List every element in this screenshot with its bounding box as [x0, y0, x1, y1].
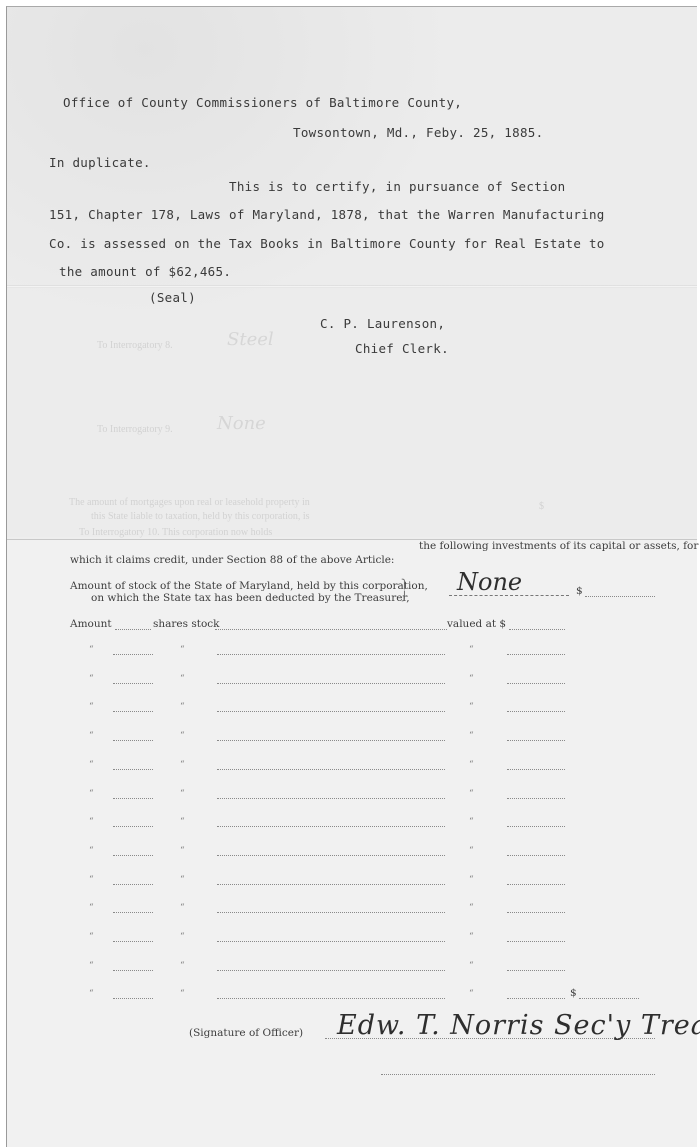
- state-stock-line-2: on which the State tax has been deducted…: [91, 592, 410, 604]
- ditto-mark-shares: “: [180, 731, 185, 741]
- ditto-mark-valued: “: [469, 875, 474, 885]
- ditto-mark-valued: “: [469, 932, 474, 942]
- row-stock-line[interactable]: [217, 711, 445, 712]
- ditto-mark-amount: “: [89, 875, 94, 885]
- ditto-mark-shares: “: [180, 846, 185, 856]
- place-and-date: Towsontown, Md., Feby. 25, 1885.: [293, 125, 543, 140]
- row-stock-line[interactable]: [217, 740, 445, 741]
- row-value-line[interactable]: [507, 855, 565, 856]
- certify-line-2: 151, Chapter 178, Laws of Maryland, 1878…: [49, 207, 605, 222]
- paper-fold-line: [7, 285, 697, 288]
- row-stock-line[interactable]: [217, 826, 445, 827]
- row-stock-line[interactable]: [217, 683, 445, 684]
- row-value-line[interactable]: [507, 884, 565, 885]
- row-amount-line[interactable]: [113, 798, 153, 799]
- row-amount-line[interactable]: [113, 683, 153, 684]
- row-total-dollar: $: [570, 987, 577, 999]
- ghost-interrogatory-8-label: To Interrogatory 8.: [97, 340, 173, 351]
- valued-at-label: valued at $: [447, 618, 506, 630]
- certify-line-3: Co. is assessed on the Tax Books in Balt…: [49, 236, 605, 251]
- valued-at-line[interactable]: [509, 629, 565, 630]
- ditto-mark-valued: “: [469, 903, 474, 913]
- row-stock-line[interactable]: [217, 884, 445, 885]
- row-stock-line[interactable]: [217, 855, 445, 856]
- ditto-mark-shares: “: [180, 903, 185, 913]
- ditto-mark-amount: “: [89, 846, 94, 856]
- ditto-mark-valued: “: [469, 961, 474, 971]
- signature-label: (Signature of Officer): [189, 1027, 303, 1039]
- row-value-line[interactable]: [507, 998, 565, 999]
- row-amount-line[interactable]: [113, 654, 153, 655]
- duplicate-note: In duplicate.: [49, 155, 151, 170]
- ditto-mark-shares: “: [180, 789, 185, 799]
- row-value-line[interactable]: [507, 740, 565, 741]
- ditto-mark-amount: “: [89, 989, 94, 999]
- second-signature-line[interactable]: [381, 1074, 655, 1075]
- ditto-mark-valued: “: [469, 989, 474, 999]
- row-total-line[interactable]: [579, 998, 639, 999]
- amount-label: Amount: [70, 618, 112, 630]
- row-stock-line[interactable]: [217, 912, 445, 913]
- ditto-mark-amount: “: [89, 760, 94, 770]
- interrogatory-10-line-2: which it claims credit, under Section 88…: [70, 554, 394, 566]
- ditto-mark-shares: “: [180, 760, 185, 770]
- state-stock-value-line[interactable]: [585, 596, 655, 597]
- document-page: Office of County Commissioners of Baltim…: [6, 6, 697, 1147]
- row-value-line[interactable]: [507, 683, 565, 684]
- ditto-mark-valued: “: [469, 645, 474, 655]
- ditto-mark-shares: “: [180, 932, 185, 942]
- amount-line[interactable]: [115, 629, 151, 630]
- ditto-mark-valued: “: [469, 846, 474, 856]
- row-value-line[interactable]: [507, 826, 565, 827]
- ghost-mortgage-line-1: The amount of mortgages upon real or lea…: [69, 497, 310, 508]
- row-stock-line[interactable]: [217, 998, 445, 999]
- ghost-mortgage-line-2: this State liable to taxation, held by t…: [91, 511, 310, 522]
- row-stock-line[interactable]: [217, 798, 445, 799]
- typed-certificate-section: Office of County Commissioners of Baltim…: [7, 7, 697, 537]
- ditto-mark-amount: “: [89, 731, 94, 741]
- office-heading: Office of County Commissioners of Baltim…: [63, 95, 462, 110]
- ditto-mark-shares: “: [180, 961, 185, 971]
- row-value-line[interactable]: [507, 970, 565, 971]
- ditto-mark-amount: “: [89, 702, 94, 712]
- ditto-mark-amount: “: [89, 789, 94, 799]
- state-stock-line-1: Amount of stock of the State of Maryland…: [70, 580, 428, 592]
- ditto-mark-valued: “: [469, 760, 474, 770]
- ditto-mark-valued: “: [469, 702, 474, 712]
- ditto-mark-shares: “: [180, 674, 185, 684]
- ditto-mark-amount: “: [89, 674, 94, 684]
- printed-form-section: the following investments of its capital…: [7, 539, 697, 1147]
- brace-bottom: ⎭: [401, 592, 408, 602]
- shares-stock-label: shares stock: [153, 618, 220, 630]
- ghost-interrogatory-9-label: To Interrogatory 9.: [97, 424, 173, 435]
- ghost-interrogatory-9-answer: None: [217, 413, 266, 434]
- ditto-mark-valued: “: [469, 789, 474, 799]
- row-value-line[interactable]: [507, 798, 565, 799]
- signer-name: C. P. Laurenson,: [320, 316, 445, 331]
- ditto-mark-amount: “: [89, 961, 94, 971]
- ditto-mark-shares: “: [180, 645, 185, 655]
- row-amount-line[interactable]: [113, 769, 153, 770]
- row-amount-line[interactable]: [113, 998, 153, 999]
- ditto-mark-valued: “: [469, 674, 474, 684]
- seal-mark: (Seal): [149, 290, 196, 305]
- row-value-line[interactable]: [507, 769, 565, 770]
- row-stock-line[interactable]: [217, 970, 445, 971]
- row-value-line[interactable]: [507, 711, 565, 712]
- ghost-mortgage-dollar: $: [539, 501, 544, 512]
- brace-top: ⎫: [401, 580, 408, 590]
- row-value-line[interactable]: [507, 912, 565, 913]
- row-stock-line[interactable]: [217, 654, 445, 655]
- row-amount-line[interactable]: [113, 970, 153, 971]
- row-amount-line[interactable]: [113, 826, 153, 827]
- ditto-mark-valued: “: [469, 817, 474, 827]
- interrogatory-10-line-1: the following investments of its capital…: [419, 540, 698, 552]
- ditto-mark-amount: “: [89, 932, 94, 942]
- row-amount-line[interactable]: [113, 941, 153, 942]
- ditto-mark-amount: “: [89, 903, 94, 913]
- ghost-interrogatory-8-answer: Steel: [227, 329, 274, 350]
- state-stock-answer: None: [457, 568, 522, 596]
- signer-title: Chief Clerk.: [355, 341, 449, 356]
- row-amount-line[interactable]: [113, 740, 153, 741]
- ditto-mark-shares: “: [180, 875, 185, 885]
- row-stock-line[interactable]: [217, 769, 445, 770]
- ditto-mark-shares: “: [180, 702, 185, 712]
- row-amount-line[interactable]: [113, 884, 153, 885]
- ditto-mark-amount: “: [89, 645, 94, 655]
- ditto-mark-shares: “: [180, 817, 185, 827]
- ditto-mark-amount: “: [89, 817, 94, 827]
- row-value-line[interactable]: [507, 654, 565, 655]
- certify-line-4: the amount of $62,465.: [59, 264, 231, 279]
- row-stock-line[interactable]: [217, 941, 445, 942]
- ditto-mark-valued: “: [469, 731, 474, 741]
- row-amount-line[interactable]: [113, 711, 153, 712]
- stock-name-line[interactable]: [215, 629, 447, 630]
- row-amount-line[interactable]: [113, 855, 153, 856]
- ditto-mark-shares: “: [180, 989, 185, 999]
- row-value-line[interactable]: [507, 941, 565, 942]
- row-amount-line[interactable]: [113, 912, 153, 913]
- certify-line-1: This is to certify, in pursuance of Sect…: [229, 179, 566, 194]
- ghost-interrogatory-10-prefix: To Interrogatory 10. This corporation no…: [79, 527, 272, 538]
- state-stock-dollar: $: [576, 585, 583, 597]
- officer-signature: Edw. T. Norris Sec'y Treas.: [337, 1010, 700, 1041]
